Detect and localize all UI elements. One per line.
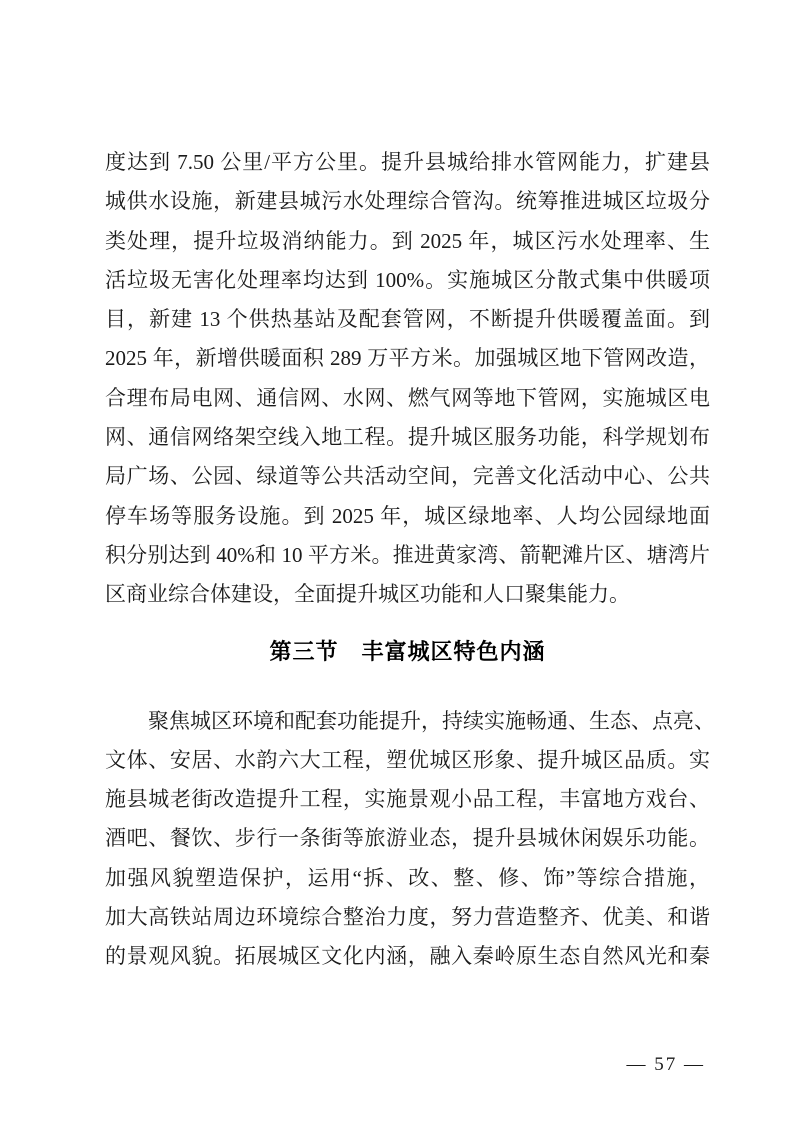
paragraph-urban-infrastructure: 度达到 7.50 公里/平方公里。提升县城给排水管网能力，扩建县 城供水设施，新… <box>105 143 710 615</box>
body-line: 聚焦城区环境和配套功能提升，持续实施畅通、生态、点亮、 <box>105 702 710 741</box>
body-line: 的景观风貌。拓展城区文化内涵，融入秦岭原生态自然风光和秦 <box>105 937 710 976</box>
body-line: 停车场等服务设施。到 2025 年，城区绿地率、人均公园绿地面 <box>105 497 710 536</box>
body-line: 目，新建 13 个供热基站及配套管网，不断提升供暖覆盖面。到 <box>105 300 710 339</box>
page-number: — 57 — <box>627 1050 706 1080</box>
body-line: 积分别达到 40%和 10 平方米。推进黄家湾、箭靶滩片区、塘湾片 <box>105 536 710 575</box>
body-line: 施县城老街改造提升工程，实施景观小品工程，丰富地方戏台、 <box>105 780 710 819</box>
document-page: 度达到 7.50 公里/平方公里。提升县城给排水管网能力，扩建县 城供水设施，新… <box>0 0 793 1122</box>
body-line: 加强风貌塑造保护，运用“拆、改、整、修、饰”等综合措施， <box>105 859 710 898</box>
body-line: 网、通信网络架空线入地工程。提升城区服务功能，科学规划布 <box>105 418 710 457</box>
body-line: 区商业综合体建设，全面提升城区功能和人口聚集能力。 <box>105 575 710 614</box>
body-line: 2025 年，新增供暖面积 289 万平方米。加强城区地下管网改造， <box>105 339 710 378</box>
body-line: 局广场、公园、绿道等公共活动空间，完善文化活动中心、公共 <box>105 457 710 496</box>
body-line: 类处理，提升垃圾消纳能力。到 2025 年，城区污水处理率、生 <box>105 222 710 261</box>
body-line: 文体、安居、水韵六大工程，塑优城区形象、提升城区品质。实 <box>105 741 710 780</box>
body-line: 加大高铁站周边环境综合整治力度，努力营造整齐、优美、和谐 <box>105 898 710 937</box>
body-line: 活垃圾无害化处理率均达到 100%。实施城区分散式集中供暖项 <box>105 261 710 300</box>
body-line: 合理布局电网、通信网、水网、燃气网等地下管网，实施城区电 <box>105 379 710 418</box>
section-heading: 第三节 丰富城区特色内涵 <box>105 632 710 672</box>
body-line: 度达到 7.50 公里/平方公里。提升县城给排水管网能力，扩建县 <box>105 143 710 182</box>
body-line: 城供水设施，新建县城污水处理综合管沟。统筹推进城区垃圾分 <box>105 182 710 221</box>
page-body-text: 度达到 7.50 公里/平方公里。提升县城给排水管网能力，扩建县 城供水设施，新… <box>105 143 710 977</box>
body-line: 酒吧、餐饮、步行一条街等旅游业态，提升县城休闲娱乐功能。 <box>105 819 710 858</box>
paragraph-urban-character: 聚焦城区环境和配套功能提升，持续实施畅通、生态、点亮、 文体、安居、水韵六大工程… <box>105 702 710 977</box>
